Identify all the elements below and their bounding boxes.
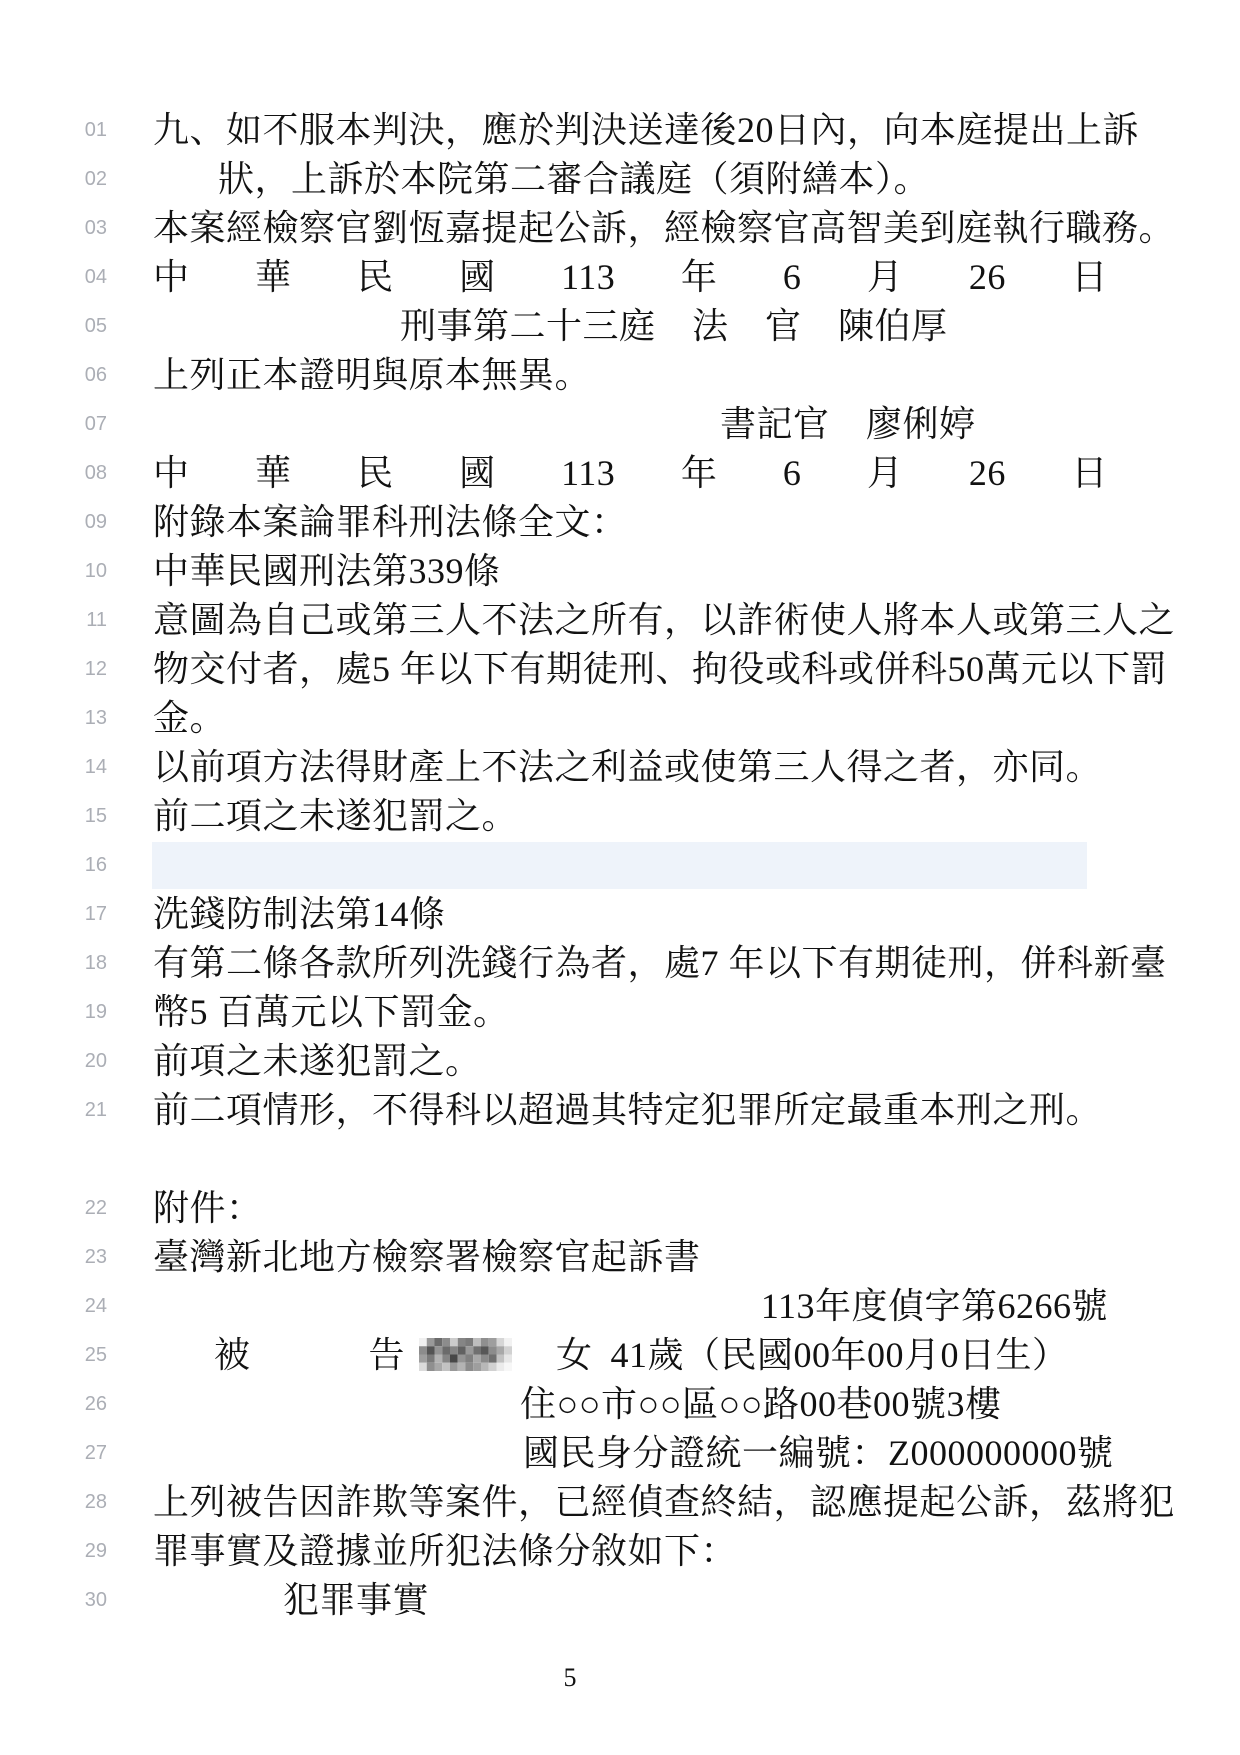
line-number: 30 (0, 1589, 107, 1612)
document-line: 20前項之未遂犯罰之。 (0, 1037, 1240, 1086)
line-number: 09 (0, 511, 107, 534)
line-number: 15 (0, 805, 107, 828)
document-line: 04中華民國113年6月26日 (0, 253, 1240, 302)
highlighted-line-row: 16 (0, 841, 1240, 890)
date-line-text: 中華民國113年6月26日 (153, 253, 1108, 302)
document-line: 25被告女41歲（民國00年00月0日生） (0, 1331, 1240, 1380)
line-text: 以前項方法得財產上不法之利益或使第三人得之者，亦同。 (153, 743, 1102, 792)
line-text: 本案經檢察官劉恆嘉提起公訴，經檢察官高智美到庭執行職務。 (153, 204, 1175, 253)
line-text: 洗錢防制法第14條 (153, 890, 446, 939)
date-part: 國 (459, 253, 496, 302)
line-text: 刑事第二十三庭 法 官 陳伯厚 (400, 302, 948, 351)
date-part: 民 (357, 253, 394, 302)
document-line: 28上列被告因詐欺等案件，已經偵查終結，認應提起公訴，茲將犯 (0, 1478, 1240, 1527)
line-text: 意圖為自己或第三人不法之所有，以詐術使人將本人或第三人之 (153, 596, 1175, 645)
document-line: 23臺灣新北地方檢察署檢察官起訴書 (0, 1233, 1240, 1282)
line-number: 25 (0, 1344, 107, 1367)
line-text: 上列被告因詐欺等案件，已經偵查終結，認應提起公訴，茲將犯 (153, 1478, 1175, 1527)
line-text: 被告女41歲（民國00年00月0日生） (153, 1331, 1069, 1380)
line-number: 16 (0, 854, 107, 877)
line-number: 24 (0, 1295, 107, 1318)
date-part: 日 (1071, 449, 1108, 498)
line-number: 12 (0, 658, 107, 681)
line-text: 罪事實及證據並所犯法條分敘如下： (153, 1527, 737, 1576)
line-text: 書記官 廖俐婷 (720, 400, 976, 449)
document-line: 15前二項之未遂犯罰之。 (0, 792, 1240, 841)
line-number: 23 (0, 1246, 107, 1269)
page-number: 5 (564, 1663, 577, 1692)
date-part: 中 (153, 449, 190, 498)
document-line: 09附錄本案論罪科刑法條全文： (0, 498, 1240, 547)
line-text: 附錄本案論罪科刑法條全文： (153, 498, 628, 547)
document-line: 06上列正本證明與原本無異。 (0, 351, 1240, 400)
date-part: 日 (1071, 253, 1108, 302)
document-line: 02狀，上訴於本院第二審合議庭（須附繕本）。 (0, 155, 1240, 204)
document-line: 08中華民國113年6月26日 (0, 449, 1240, 498)
line-number: 11 (0, 609, 107, 632)
defendant-info: 41歲（民國00年00月0日生） (611, 1331, 1069, 1380)
line-number: 04 (0, 266, 107, 289)
document-line: 18有第二條各款所列洗錢行為者，處7 年以下有期徒刑，併科新臺 (0, 939, 1240, 988)
document-line: 14以前項方法得財產上不法之利益或使第三人得之者，亦同。 (0, 743, 1240, 792)
document-line: 03本案經檢察官劉恆嘉提起公訴，經檢察官高智美到庭執行職務。 (0, 204, 1240, 253)
line-number: 07 (0, 413, 107, 436)
defendant-gender: 女 (556, 1331, 593, 1380)
line-number: 06 (0, 364, 107, 387)
line-number: 01 (0, 119, 107, 142)
document-line: 13金。 (0, 694, 1240, 743)
blank-spacer-row (0, 1135, 1240, 1184)
date-part: 月 (867, 253, 904, 302)
document-line: 10中華民國刑法第339條 (0, 547, 1240, 596)
document-line: 07書記官 廖俐婷 (0, 400, 1240, 449)
line-text: 臺灣新北地方檢察署檢察官起訴書 (153, 1233, 701, 1282)
document-line: 29罪事實及證據並所犯法條分敘如下： (0, 1527, 1240, 1576)
line-number: 27 (0, 1442, 107, 1465)
line-text: 附件： (153, 1184, 263, 1233)
document-line: 17洗錢防制法第14條 (0, 890, 1240, 939)
line-text: 九、如不服本判決，應於判決送達後20日內，向本庭提出上訴 (153, 106, 1139, 155)
line-number: 05 (0, 315, 107, 338)
date-part: 年 (681, 253, 718, 302)
line-number: 28 (0, 1491, 107, 1514)
line-text: 幣5 百萬元以下罰金。 (153, 988, 510, 1037)
line-number: 22 (0, 1197, 107, 1220)
document-line: 26住○○市○○區○○路00巷00號3樓 (0, 1380, 1240, 1429)
date-part: 國 (459, 449, 496, 498)
document-line: 01九、如不服本判決，應於判決送達後20日內，向本庭提出上訴 (0, 106, 1240, 155)
date-line-text: 中華民國113年6月26日 (153, 449, 1108, 498)
line-number: 17 (0, 903, 107, 926)
date-part: 6 (783, 449, 802, 498)
date-part: 26 (969, 253, 1006, 302)
date-part: 年 (681, 449, 718, 498)
line-text: 狀，上訴於本院第二審合議庭（須附繕本）。 (218, 155, 930, 204)
page-footer: 5 (0, 1663, 1140, 1693)
line-text: 113年度偵字第6266號 (153, 1282, 1108, 1331)
line-number: 02 (0, 168, 107, 191)
line-number: 18 (0, 952, 107, 975)
line-number: 20 (0, 1050, 107, 1073)
document-line: 24113年度偵字第6266號 (0, 1282, 1240, 1331)
line-text: 犯罪事實 (283, 1576, 429, 1625)
line-text: 中華民國刑法第339條 (153, 547, 501, 596)
line-text: 前二項情形，不得科以超過其特定犯罪所定最重本刑之刑。 (153, 1086, 1102, 1135)
document-line: 19幣5 百萬元以下罰金。 (0, 988, 1240, 1037)
line-number: 14 (0, 756, 107, 779)
defendant-label: 告 (369, 1331, 406, 1380)
line-number: 03 (0, 217, 107, 240)
line-text: 金。 (153, 694, 226, 743)
document-line: 05刑事第二十三庭 法 官 陳伯厚 (0, 302, 1240, 351)
date-part: 113 (561, 449, 615, 498)
redacted-name-mosaic (419, 1338, 512, 1371)
document-line: 30犯罪事實 (0, 1576, 1240, 1625)
line-number: 19 (0, 1001, 107, 1024)
document-line: 27國民身分證統一編號：Z000000000號 (0, 1429, 1240, 1478)
line-text: 前二項之未遂犯罰之。 (153, 792, 518, 841)
date-part: 113 (561, 253, 615, 302)
line-number: 26 (0, 1393, 107, 1416)
line-text: 住○○市○○區○○路00巷00號3樓 (520, 1380, 1001, 1429)
date-part: 6 (783, 253, 802, 302)
line-text: 國民身分證統一編號：Z000000000號 (523, 1429, 1114, 1478)
selection-highlight (152, 842, 1087, 889)
line-number: 10 (0, 560, 107, 583)
line-number: 13 (0, 707, 107, 730)
document-line: 21前二項情形，不得科以超過其特定犯罪所定最重本刑之刑。 (0, 1086, 1240, 1135)
defendant-label: 被 (214, 1331, 251, 1380)
date-part: 中 (153, 253, 190, 302)
date-part: 月 (867, 449, 904, 498)
line-number: 08 (0, 462, 107, 485)
line-text: 物交付者，處5 年以下有期徒刑、拘役或科或併科50萬元以下罰 (153, 645, 1167, 694)
date-part: 26 (969, 449, 1006, 498)
line-text: 有第二條各款所列洗錢行為者，處7 年以下有期徒刑，併科新臺 (153, 939, 1167, 988)
document-line: 22附件： (0, 1184, 1240, 1233)
line-text: 上列正本證明與原本無異。 (153, 351, 591, 400)
document-line: 11意圖為自己或第三人不法之所有，以詐術使人將本人或第三人之 (0, 596, 1240, 645)
date-part: 華 (255, 449, 292, 498)
document-page[interactable]: 01九、如不服本判決，應於判決送達後20日內，向本庭提出上訴02狀，上訴於本院第… (0, 0, 1240, 1625)
line-number: 29 (0, 1540, 107, 1563)
document-line: 12物交付者，處5 年以下有期徒刑、拘役或科或併科50萬元以下罰 (0, 645, 1240, 694)
line-number: 21 (0, 1099, 107, 1122)
date-part: 民 (357, 449, 394, 498)
line-text: 前項之未遂犯罰之。 (153, 1037, 482, 1086)
date-part: 華 (255, 253, 292, 302)
